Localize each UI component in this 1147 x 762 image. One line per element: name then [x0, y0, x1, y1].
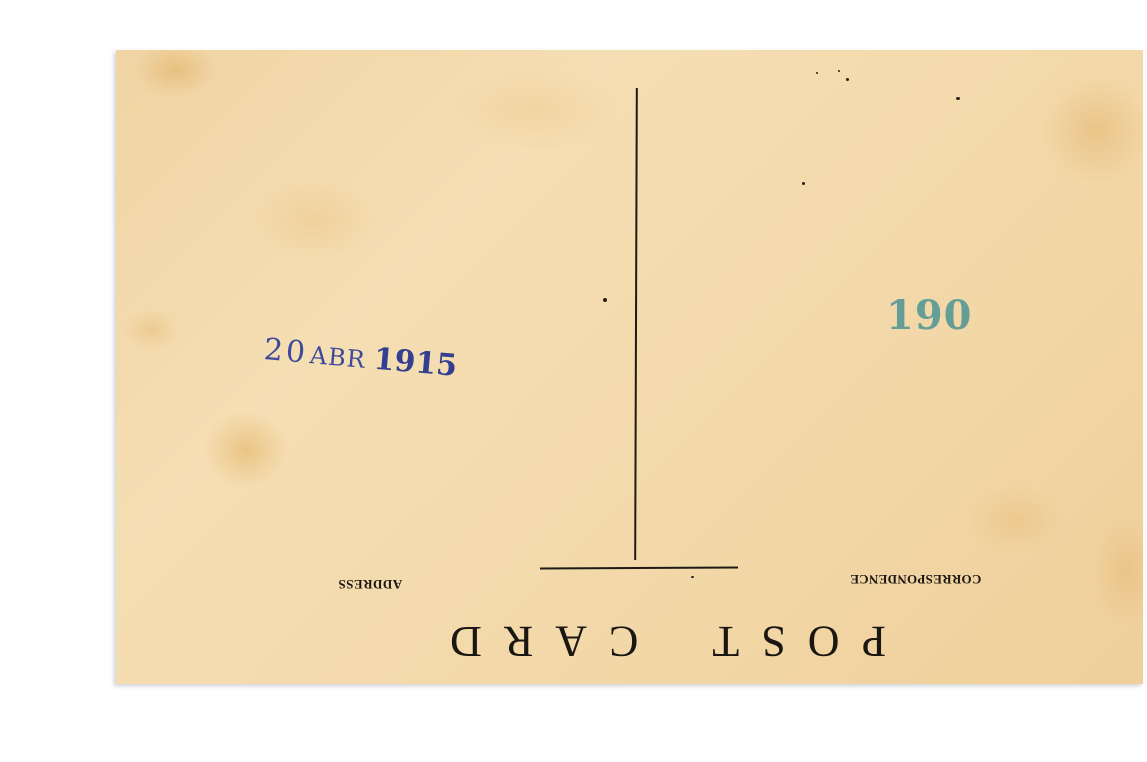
vertical-divider-line [634, 88, 638, 560]
post-card-heading: POST CARD [406, 616, 886, 667]
heading-word-post: POST [690, 616, 886, 667]
ink-speck [956, 97, 960, 100]
ink-speck [603, 298, 607, 302]
correspondence-label: CORRESPONDENCE [850, 571, 981, 587]
postcard-back: 20ABR1915 190 ADDRESS CORRESPONDENCE POS… [116, 50, 1143, 684]
date-stamp: 20ABR1915 [262, 332, 458, 384]
date-stamp-year: 1915 [372, 342, 458, 384]
ink-speck [691, 576, 694, 578]
address-label: ADDRESS [338, 576, 402, 592]
number-stamp: 190 [886, 292, 973, 339]
ink-speck [846, 78, 849, 81]
horizontal-divider-line [540, 566, 738, 569]
date-stamp-day: 20 [262, 332, 309, 371]
ink-speck [838, 70, 840, 72]
ink-speck [816, 72, 818, 74]
heading-word-card: CARD [428, 616, 638, 667]
ink-speck [802, 182, 805, 185]
date-stamp-month: ABR [309, 341, 367, 374]
